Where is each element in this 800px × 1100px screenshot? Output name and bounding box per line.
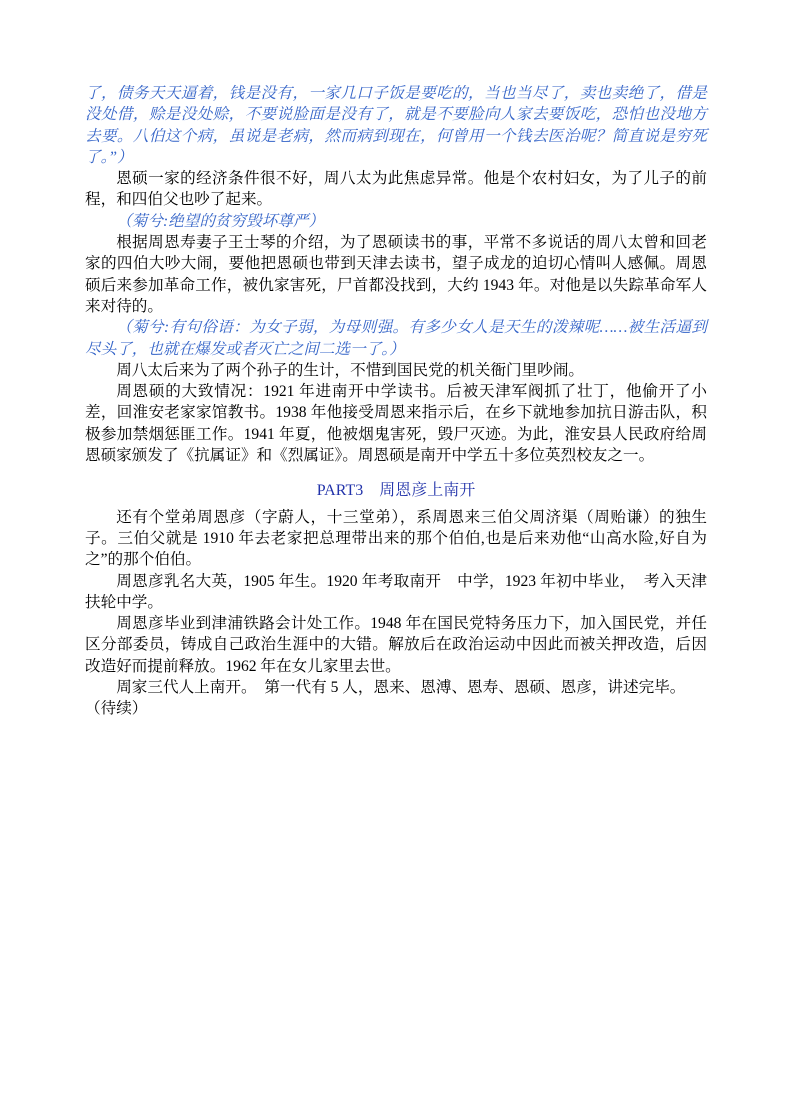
body-paragraph: 周八太后来为了两个孙子的生计，不惜到国民党的机关衙门里吵闹。 <box>85 360 707 381</box>
annotation-note: （菊兮:绝望的贫穷毁坏尊严） <box>85 211 707 232</box>
document-body: 了，债务天天逼着，钱是没有，一家几口子饭是要吃的，当也当尽了，卖也卖绝了，借是没… <box>85 83 707 720</box>
body-paragraph: 周家三代人上南开。 第一代有 5 人，恩来、恩溥、恩寿、恩硕、恩彦，讲述完毕。 <box>85 677 707 698</box>
body-paragraph: 根据周恩寿妻子王士琴的介绍，为了恩硕读书的事，平常不多说话的周八太曾和回老家的四… <box>85 232 707 317</box>
to-be-continued-note: （待续） <box>85 698 707 719</box>
body-paragraph: 周恩彦乳名大英，1905 年生。1920 年考取南开 中学，1923 年初中毕业… <box>85 571 707 614</box>
section-heading: PART3 周恩彦上南开 <box>85 480 707 501</box>
body-paragraph: 还有个堂弟周恩彦（字蔚人，十三堂弟），系周恩来三伯父周济渠（周贻谦）的独生子。三… <box>85 507 707 571</box>
document-page: 了，债务天天逼着，钱是没有，一家几口子饭是要吃的，当也当尽了，卖也卖绝了，借是没… <box>0 0 800 1100</box>
annotation-note: （菊兮:有句俗语：为女子弱，为母则强。有多少女人是天生的泼辣呢……被生活逼到尽头… <box>85 317 707 360</box>
quote-continuation-paragraph: 了，债务天天逼着，钱是没有，一家几口子饭是要吃的，当也当尽了，卖也卖绝了，借是没… <box>85 83 707 168</box>
body-paragraph: 周恩彦毕业到津浦铁路会计处工作。1948 年在国民党特务压力下，加入国民党，并任… <box>85 613 707 677</box>
body-paragraph: 周恩硕的大致情况：1921 年进南开中学读书。后被天津军阀抓了壮丁，他偷开了小差… <box>85 381 707 466</box>
body-paragraph: 恩硕一家的经济条件很不好，周八太为此焦虑异常。他是个农村妇女，为了儿子的前程，和… <box>85 168 707 211</box>
